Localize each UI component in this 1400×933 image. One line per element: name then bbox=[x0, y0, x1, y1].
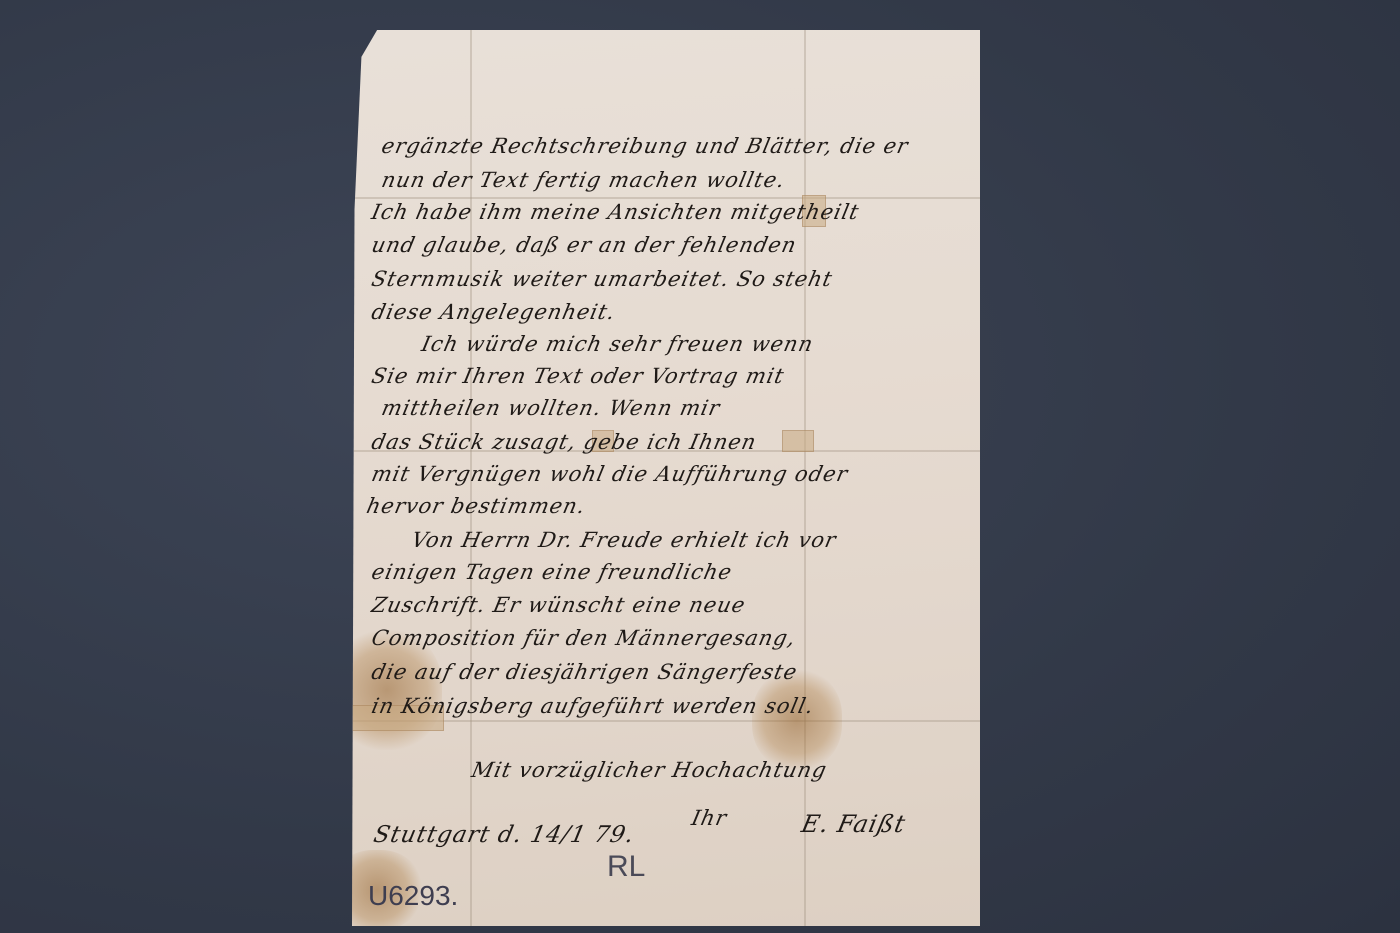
letter-line: in Königsberg aufgeführt werden soll. bbox=[369, 694, 982, 718]
letter-line: einigen Tagen eine freundliche bbox=[369, 560, 982, 584]
letter-line: Ich habe ihm meine Ansichten mitgetheilt bbox=[369, 200, 982, 224]
water-stain bbox=[752, 670, 842, 770]
letter-line: mit Vergnügen wohl die Aufführung oder bbox=[369, 462, 982, 486]
letter-line: Composition für den Männergesang, bbox=[369, 626, 982, 650]
letter-paper: ergänzte Rechtschreibung und Blätter, di… bbox=[352, 30, 980, 926]
letter-line: die auf der diesjährigen Sängerfeste bbox=[369, 660, 982, 684]
pencil-initials: RL bbox=[607, 850, 645, 884]
fold-line-horizontal bbox=[352, 720, 980, 722]
letter-line: ergänzte Rechtschreibung und Blätter, di… bbox=[379, 134, 982, 158]
letter-line: Zuschrift. Er wünscht eine neue bbox=[369, 593, 982, 617]
place-date: Stuttgart d. 14/1 79. bbox=[371, 822, 983, 848]
letter-line: das Stück zusagt, gebe ich Ihnen bbox=[369, 430, 982, 454]
letter-line: Ich würde mich sehr freuen wenn bbox=[419, 332, 982, 356]
fold-line-horizontal bbox=[352, 197, 980, 199]
letter-line: Sternmusik weiter umarbeitet. So steht bbox=[369, 267, 982, 291]
letter-line: und glaube, daß er an der fehlenden bbox=[369, 233, 982, 257]
letter-line: diese Angelegenheit. bbox=[369, 300, 982, 324]
letter-line: nun der Text fertig machen wollte. bbox=[379, 168, 982, 192]
letter-line: mittheilen wollten. Wenn mir bbox=[379, 396, 982, 420]
letter-line: Sie mir Ihren Text oder Vortrag mit bbox=[369, 364, 982, 388]
letter-line: hervor bestimmen. bbox=[364, 494, 982, 518]
letter-closing: Mit vorzüglicher Hochachtung bbox=[469, 758, 982, 782]
letter-line: Von Herrn Dr. Freude erhielt ich vor bbox=[409, 528, 982, 552]
catalog-number: U6293. bbox=[368, 880, 458, 912]
